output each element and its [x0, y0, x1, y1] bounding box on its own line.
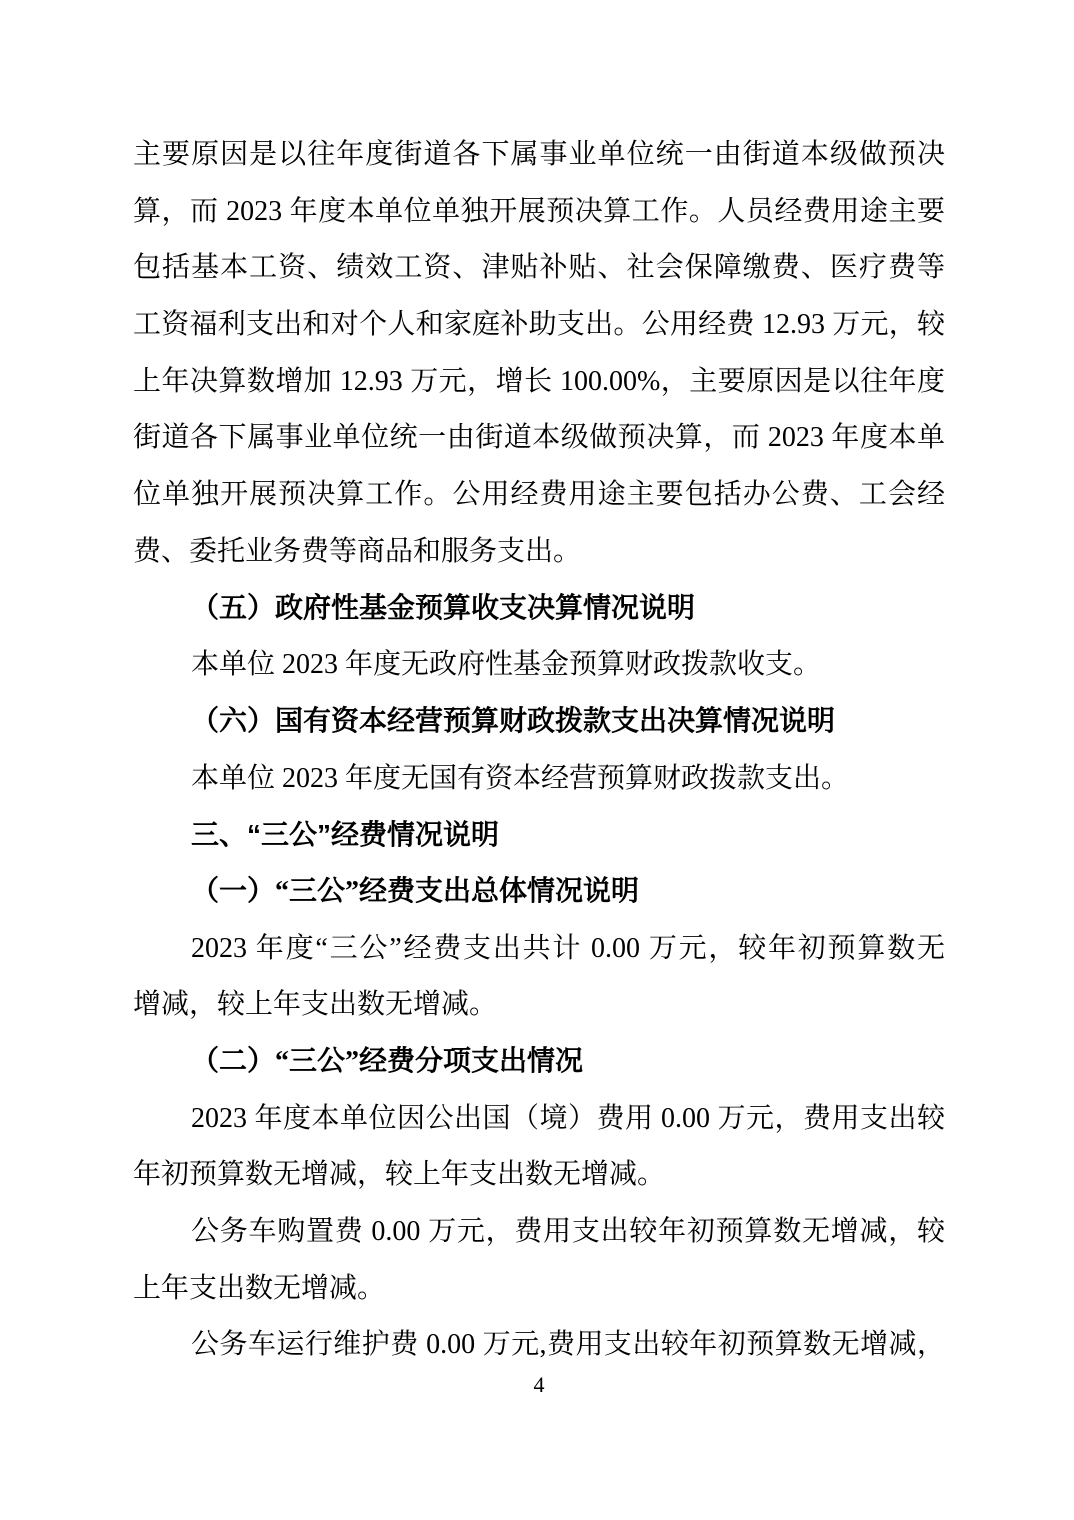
section-heading: 三、“三公”经费情况说明 [133, 807, 945, 864]
section-heading: （二）“三公”经费分项支出情况 [133, 1034, 945, 1091]
body-text-line: 位单独开展预决算工作。公用经费用途主要包括办公费、工会经 [133, 467, 945, 524]
body-text-line: 本单位 2023 年度无国有资本经营预算财政拨款支出。 [133, 751, 945, 808]
body-text-line: 2023 年度本单位因公出国（境）费用 0.00 万元，费用支出较 [133, 1091, 945, 1148]
page-number: 4 [133, 1370, 945, 1400]
section-heading: （六）国有资本经营预算财政拨款支出决算情况说明 [133, 694, 945, 751]
body-text-line: 本单位 2023 年度无政府性基金预算财政拨款收支。 [133, 637, 945, 694]
document-page: 主要原因是以往年度街道各下属事业单位统一由街道本级做预决算，而 2023 年度本… [0, 0, 1074, 1520]
body-text-line: 街道各下属事业单位统一由街道本级做预决算，而 2023 年度本单 [133, 410, 945, 467]
body-text-line: 工资福利支出和对个人和家庭补助支出。公用经费 12.93 万元，较 [133, 297, 945, 354]
body-text-line: 上年支出数无增减。 [133, 1261, 945, 1318]
document-body: 主要原因是以往年度街道各下属事业单位统一由街道本级做预决算，而 2023 年度本… [133, 127, 945, 1374]
body-text-line: 年初预算数无增减，较上年支出数无增减。 [133, 1147, 945, 1204]
body-text-line: 算，而 2023 年度本单位单独开展预决算工作。人员经费用途主要 [133, 184, 945, 241]
body-text-line: 包括基本工资、绩效工资、津贴补贴、社会保障缴费、医疗费等 [133, 240, 945, 297]
body-text-line: 费、委托业务费等商品和服务支出。 [133, 524, 945, 581]
body-text-line: 上年决算数增加 12.93 万元，增长 100.00%，主要原因是以往年度 [133, 354, 945, 411]
section-heading: （一）“三公”经费支出总体情况说明 [133, 864, 945, 921]
body-text-line: 主要原因是以往年度街道各下属事业单位统一由街道本级做预决 [133, 127, 945, 184]
body-text-line: 公务车运行维护费 0.00 万元,费用支出较年初预算数无增减， [133, 1317, 945, 1374]
body-text-line: 2023 年度“三公”经费支出共计 0.00 万元，较年初预算数无 [133, 921, 945, 978]
body-text-line: 公务车购置费 0.00 万元，费用支出较年初预算数无增减，较 [133, 1204, 945, 1261]
body-text-line: 增减，较上年支出数无增减。 [133, 977, 945, 1034]
section-heading: （五）政府性基金预算收支决算情况说明 [133, 581, 945, 638]
